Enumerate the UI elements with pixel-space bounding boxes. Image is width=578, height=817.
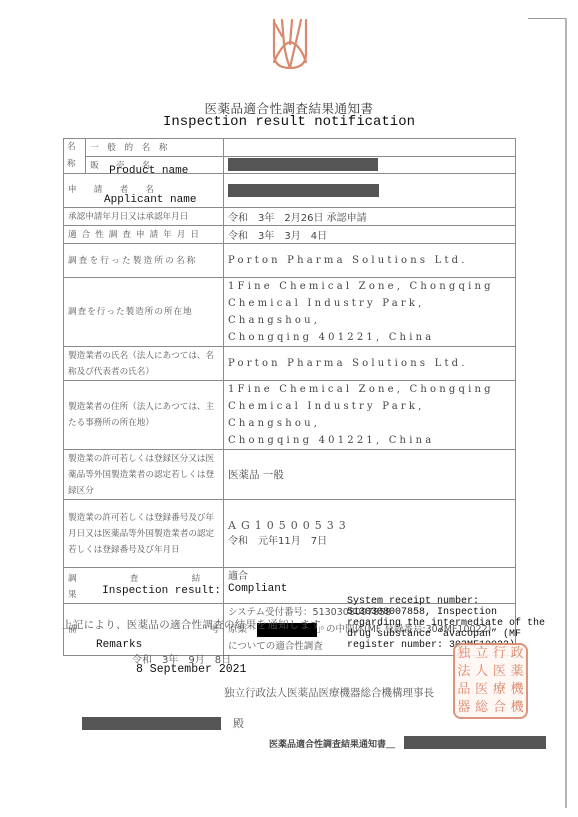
pmda-logo-icon <box>268 14 312 72</box>
applicant-label: 申 請 者 名 Applicant name <box>64 174 224 208</box>
footer-redaction-bar <box>404 736 546 749</box>
general-name-value <box>224 139 516 157</box>
name-group-char-2: 称 <box>67 156 82 173</box>
general-name-label: 一 般 的 名 称 <box>86 139 224 157</box>
remarks-overlay: Remarks <box>96 639 142 651</box>
license-number-cell: AG10500533 令和 元年11月 7日 <box>224 500 516 568</box>
site-address-line: 1Fine Chemical Zone, Chongqing <box>228 278 511 295</box>
seal-characters: 独立行政法人医薬品医療機器総合機 <box>455 645 526 717</box>
site-address-line: Chemical Industry Park, Changshou, <box>228 295 511 329</box>
seal-char: 薬 <box>508 663 526 681</box>
result-label: 調 査 結 果 Inspection result: <box>64 568 224 604</box>
inspection-date-label: 適合性調査申請年月日 <box>64 226 224 244</box>
manufacturer-address-value: 1Fine Chemical Zone, Chongqing Chemical … <box>224 381 516 450</box>
seal-char: 政 <box>508 645 526 663</box>
scan-frame-right <box>565 18 567 808</box>
license-category-value: 医薬品 一般 <box>224 450 516 500</box>
manufacturer-address-label: 製造業者の住所（法人にあつては、主たる事務所の所在地） <box>64 381 224 450</box>
seal-char: 行 <box>491 645 509 663</box>
applicant-value <box>224 174 516 208</box>
seal-char: 法 <box>455 663 473 681</box>
license-number-label: 製造業の許可若しくは登録番号及び年月日又は医薬品等外国製造業者の認定若しくは登録… <box>64 500 224 568</box>
seal-char: 医 <box>473 681 491 699</box>
site-address-line: Chongqing 401221, China <box>228 329 511 346</box>
scan-frame-top <box>528 18 566 19</box>
manufacturer-name-label: 製造業者の氏名（法人にあつては、名称及び代表者の氏名） <box>64 347 224 381</box>
manufacturer-address-line: 1Fine Chemical Zone, Chongqing <box>228 381 511 398</box>
seal-char: 機 <box>508 699 526 717</box>
brand-name-label: 販 売 名 Product name <box>86 156 224 174</box>
result-value-en: Compliant <box>228 583 511 595</box>
footer-reference: 医薬品適合性調査結果通知書＿ <box>269 737 395 750</box>
seal-char: 立 <box>473 645 491 663</box>
seal-char: 人 <box>473 663 491 681</box>
addressee-redaction-bar <box>82 717 221 730</box>
issuer-name: 独立行政法人医薬品医療機器総合機構理事長 <box>224 685 434 700</box>
seal-char: 独 <box>455 645 473 663</box>
seal-char: 品 <box>455 681 473 699</box>
result-value-ja: 適合 <box>228 571 511 583</box>
seal-char: 総 <box>473 699 491 717</box>
applicant-overlay: Applicant name <box>104 194 196 206</box>
result-overlay: Inspection result: <box>102 585 221 597</box>
document-title-en: Inspection result notification <box>0 114 578 130</box>
addressee-suffix: 殿 <box>233 715 244 731</box>
license-number-value: AG10500533 <box>228 517 511 534</box>
name-group-label: 名 称 <box>64 139 86 174</box>
seal-char: 機 <box>508 681 526 699</box>
name-group-char-1: 名 <box>67 139 82 156</box>
brand-name-value <box>224 156 516 174</box>
approval-date-label: 承認申請年月日又は承認年月日 <box>64 208 224 226</box>
redaction-bar <box>228 184 379 197</box>
seal-char: 合 <box>491 699 509 717</box>
inspection-date-value: 令和 3年 3月 4日 <box>224 226 516 244</box>
approval-date-value: 令和 3年 2月26日 承認申請 <box>224 208 516 226</box>
license-category-label: 製造業の許可若しくは登録区分又は医薬品等外国製造業者の認定若しくは登録区分 <box>64 450 224 500</box>
issue-date-en: 8 September 2021 <box>136 663 246 676</box>
seal-char: 医 <box>491 663 509 681</box>
notice-text: 上記により、医薬品の適合性調査の結果を通知します。 <box>62 617 331 632</box>
seal-char: 療 <box>491 681 509 699</box>
manufacturer-address-line: Chemical Industry Park, Changshou, <box>228 398 511 432</box>
inspection-form-table: 名 称 一 般 的 名 称 販 売 名 Product name 申 請 者 名… <box>63 138 516 656</box>
official-seal: 独立行政法人医薬品医療機器総合機 <box>453 643 528 719</box>
site-address-value: 1Fine Chemical Zone, Chongqing Chemical … <box>224 278 516 347</box>
manufacturer-name-value: Porton Pharma Solutions Ltd. <box>224 347 516 381</box>
seal-char: 器 <box>455 699 473 717</box>
license-date-value: 令和 元年11月 7日 <box>228 534 511 550</box>
manufacturer-address-line: Chongqing 401221, China <box>228 432 511 449</box>
redaction-bar <box>228 158 378 171</box>
site-address-label: 調査を行った製造所の所在地 <box>64 278 224 347</box>
site-name-value: Porton Pharma Solutions Ltd. <box>224 244 516 278</box>
site-name-label: 調査を行った製造所の名称 <box>64 244 224 278</box>
